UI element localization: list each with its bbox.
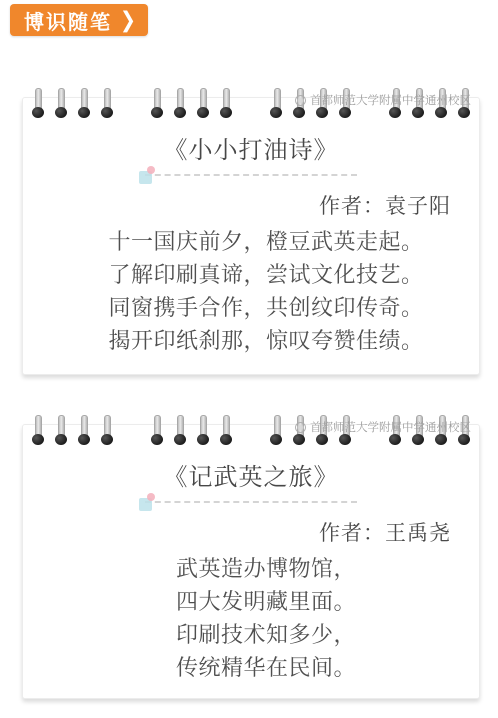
poem-title: 《小小打油诗》 bbox=[23, 130, 479, 165]
author-label: 作者： bbox=[319, 522, 385, 545]
author-name: 王禹尧 bbox=[385, 522, 451, 545]
binder-ring-icon bbox=[223, 88, 228, 118]
binder-ring-icon bbox=[154, 415, 159, 445]
poem-line: 印刷技术知多少， bbox=[176, 618, 356, 651]
author-line: 作者：王禹尧 bbox=[23, 517, 479, 547]
binder-ring-icon bbox=[58, 415, 63, 445]
school-logo-icon bbox=[295, 95, 306, 106]
section-badge-label: 博识随笔 bbox=[24, 6, 112, 35]
ring-group bbox=[154, 88, 228, 118]
pin-decoration-icon bbox=[139, 498, 152, 511]
poem-card-2: 首都师范大学附属中学通州校区 《记武英之旅》 作者：王禹尧 武英造办博物馆， 四… bbox=[22, 424, 480, 699]
watermark: 首都师范大学附属中学通州校区 bbox=[295, 92, 471, 108]
poem-line: 揭开印纸刹那，惊叹夸赞佳绩。 bbox=[108, 324, 423, 357]
ring-group bbox=[154, 415, 228, 445]
poem-line: 了解印刷真谛，尝试文化技艺。 bbox=[108, 258, 423, 291]
poem-line: 四大发明藏里面。 bbox=[176, 585, 356, 618]
binder-ring-icon bbox=[81, 88, 86, 118]
watermark-text: 首都师范大学附属中学通州校区 bbox=[310, 92, 471, 108]
poem-title: 《记武英之旅》 bbox=[23, 457, 479, 492]
dashed-divider bbox=[145, 501, 357, 503]
school-logo-icon bbox=[295, 422, 306, 433]
author-line: 作者：袁子阳 bbox=[23, 190, 479, 220]
watermark: 首都师范大学附属中学通州校区 bbox=[295, 419, 471, 435]
binder-ring-icon bbox=[200, 88, 205, 118]
watermark-text: 首都师范大学附属中学通州校区 bbox=[310, 419, 471, 435]
poem-block: 十一国庆前夕，橙豆武英走起。 了解印刷真谛，尝试文化技艺。 同窗携手合作，共创纹… bbox=[108, 225, 423, 357]
page: { "badge": { "label": "博识随笔", "chevron":… bbox=[0, 0, 498, 718]
poem-block: 武英造办博物馆， 四大发明藏里面。 印刷技术知多少， 传统精华在民间。 bbox=[176, 552, 356, 684]
poem-line: 传统精华在民间。 bbox=[176, 651, 356, 684]
binder-ring-icon bbox=[274, 415, 279, 445]
author-name: 袁子阳 bbox=[385, 195, 451, 218]
binder-ring-icon bbox=[274, 88, 279, 118]
binder-ring-icon bbox=[200, 415, 205, 445]
binder-ring-icon bbox=[154, 88, 159, 118]
poem-body: 武英造办博物馆， 四大发明藏里面。 印刷技术知多少， 传统精华在民间。 bbox=[23, 552, 479, 684]
poem-card-1: 首都师范大学附属中学通州校区 《小小打油诗》 作者：袁子阳 十一国庆前夕，橙豆武… bbox=[22, 97, 480, 375]
section-badge[interactable]: 博识随笔 ❯ bbox=[10, 4, 148, 36]
binder-ring-icon bbox=[35, 88, 40, 118]
binder-ring-icon bbox=[177, 415, 182, 445]
poem-line: 同窗携手合作，共创纹印传奇。 bbox=[108, 291, 423, 324]
binder-ring-icon bbox=[35, 415, 40, 445]
binder-ring-icon bbox=[104, 415, 109, 445]
pin-decoration-icon bbox=[139, 171, 152, 184]
ring-group bbox=[35, 88, 109, 118]
binder-ring-icon bbox=[104, 88, 109, 118]
author-label: 作者： bbox=[319, 195, 385, 218]
poem-body: 十一国庆前夕，橙豆武英走起。 了解印刷真谛，尝试文化技艺。 同窗携手合作，共创纹… bbox=[23, 225, 479, 357]
dashed-divider bbox=[145, 174, 357, 176]
binder-ring-icon bbox=[58, 88, 63, 118]
binder-ring-icon bbox=[223, 415, 228, 445]
binder-ring-icon bbox=[81, 415, 86, 445]
binder-ring-icon bbox=[177, 88, 182, 118]
poem-line: 武英造办博物馆， bbox=[176, 552, 356, 585]
ring-group bbox=[35, 415, 109, 445]
chevron-right-icon: ❯ bbox=[120, 7, 136, 33]
poem-line: 十一国庆前夕，橙豆武英走起。 bbox=[108, 225, 423, 258]
